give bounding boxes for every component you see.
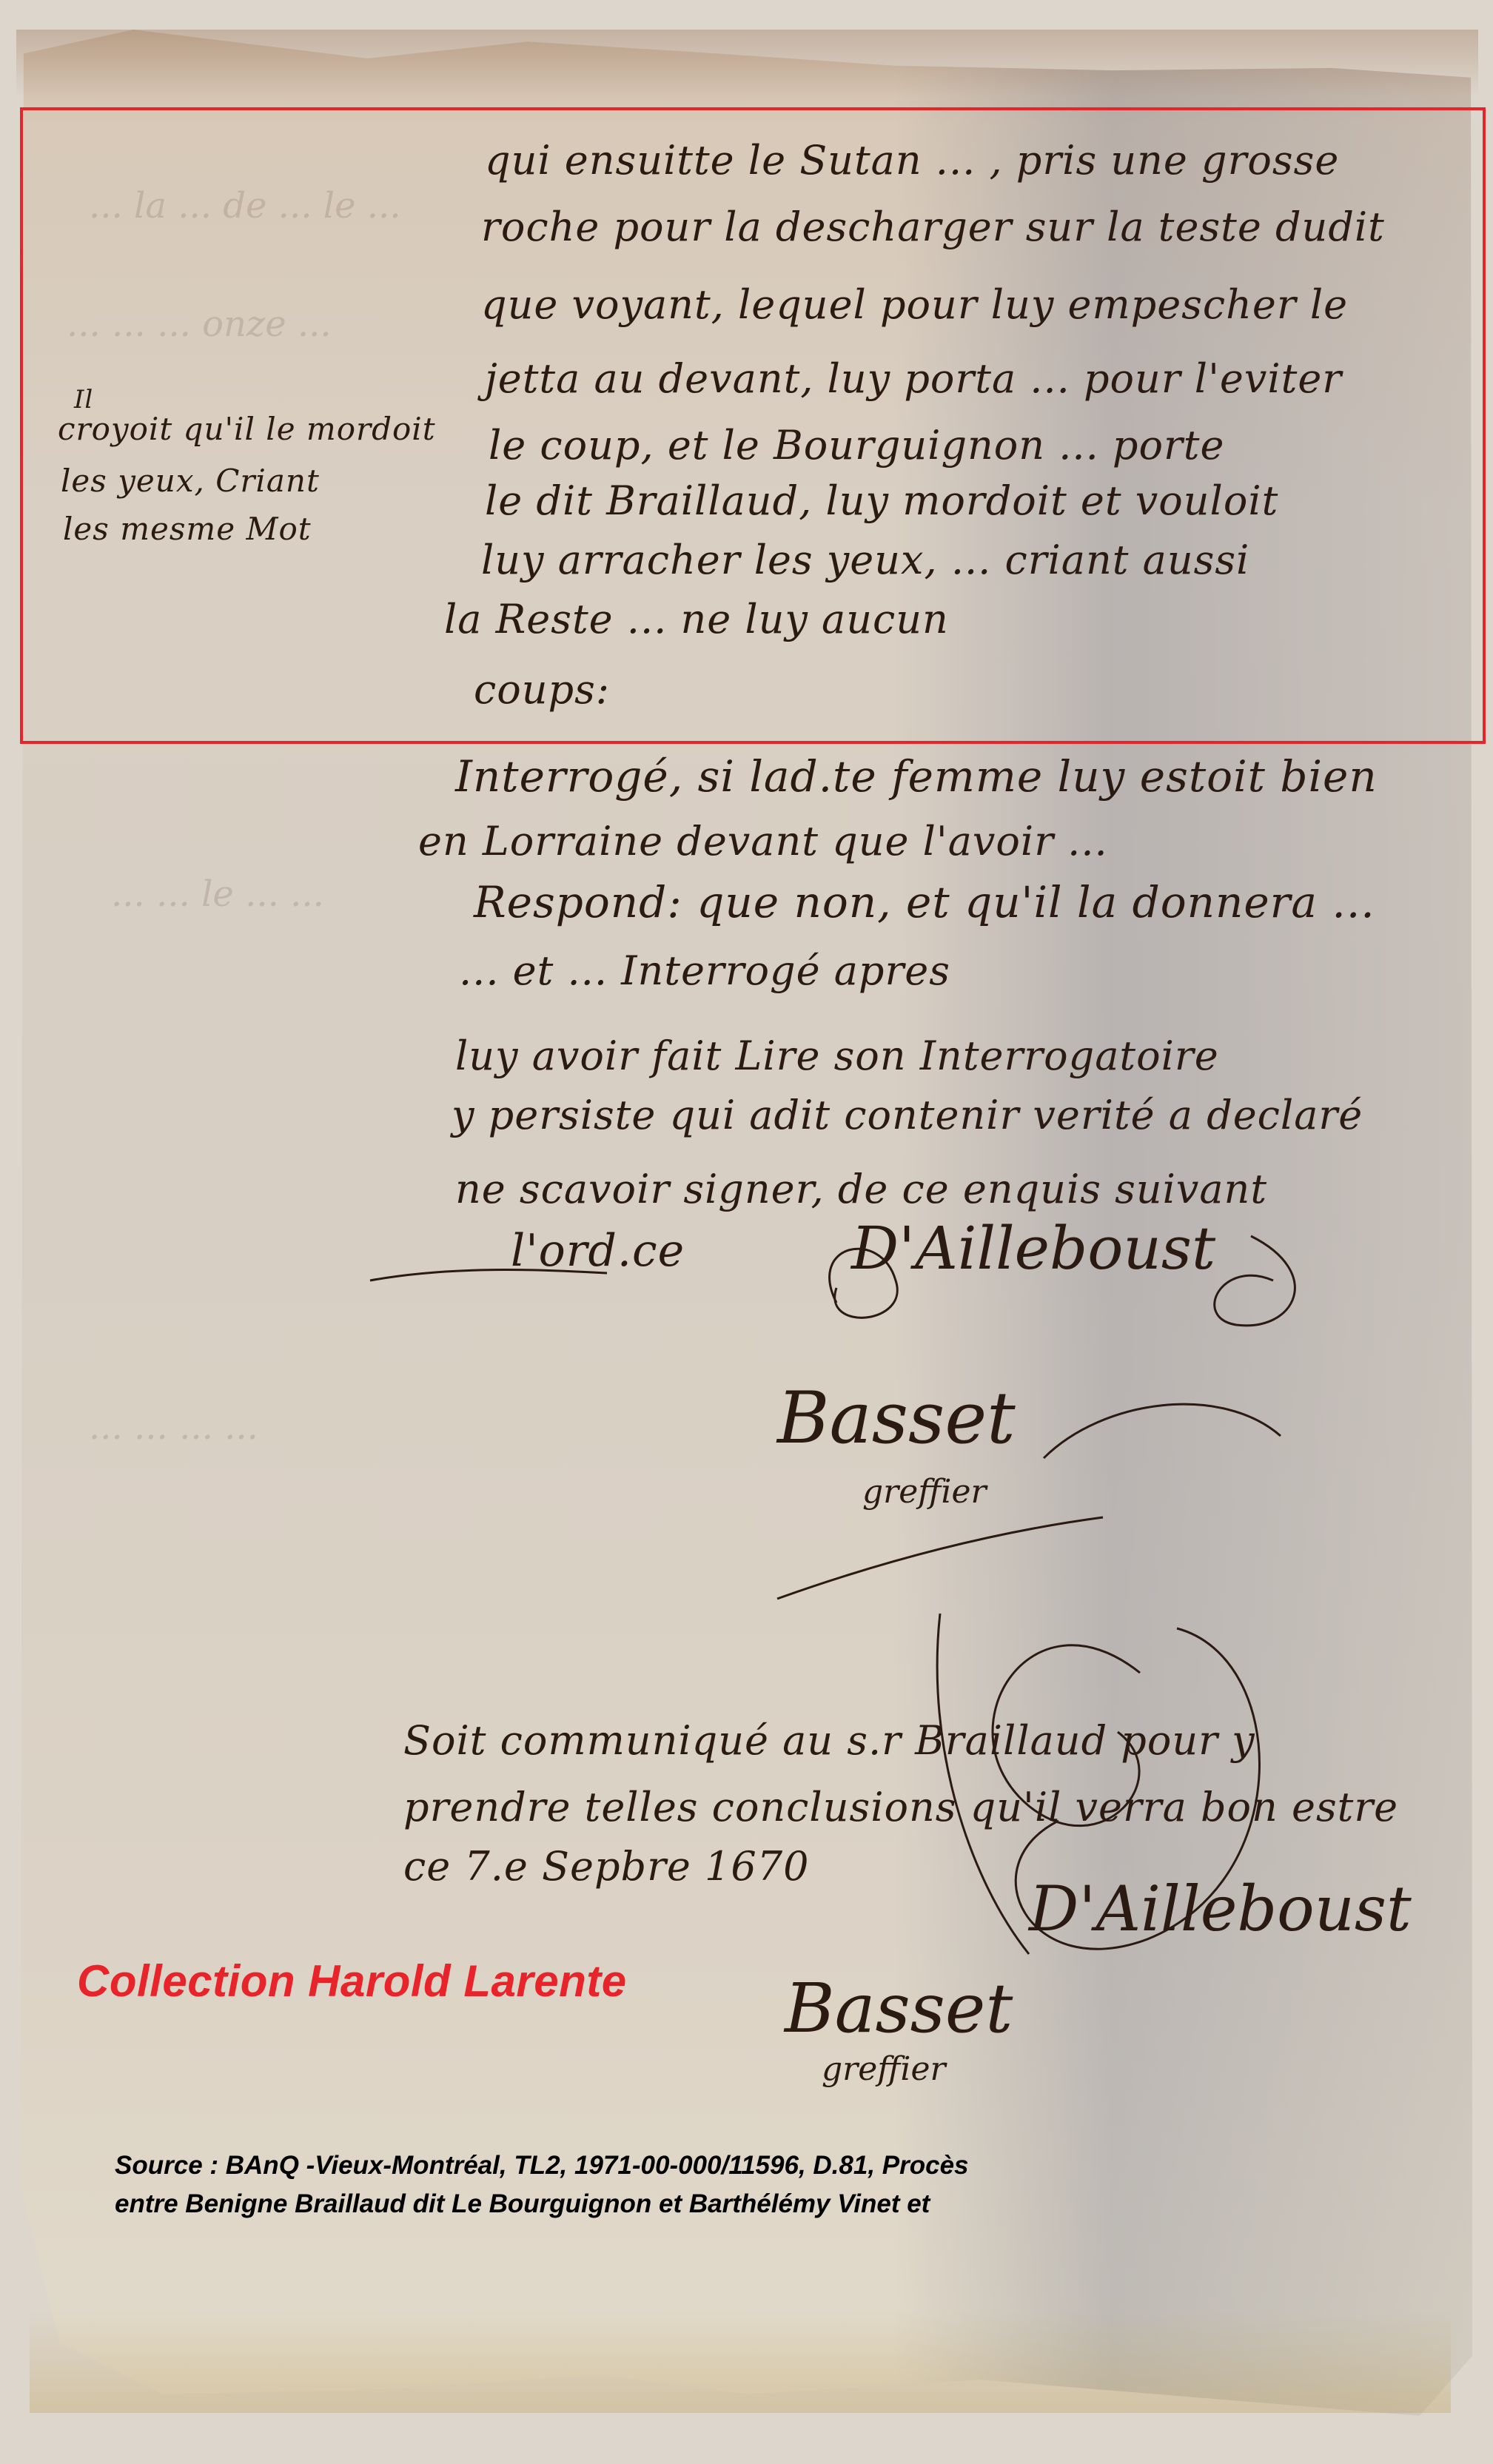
- manuscript-line: le coup, et le Bourguignon ... porte: [489, 422, 1224, 469]
- manuscript-line: y persiste qui adit contenir verité a de…: [452, 1092, 1363, 1138]
- signature-title-greffier: greffier: [862, 1473, 987, 1511]
- manuscript-line: luy avoir fait Lire son Interrogatoire: [455, 1033, 1219, 1079]
- manuscript-line: Interrogé, si lad.te femme luy estoit bi…: [455, 751, 1378, 802]
- manuscript-line: roche pour la descharger sur la teste du…: [481, 204, 1385, 250]
- signature-title-greffier-order: greffier: [822, 2050, 946, 2088]
- manuscript-line: coups:: [474, 666, 610, 713]
- collection-watermark: Collection Harold Larente: [77, 1956, 627, 2007]
- source-line-1: Source : BAnQ -Vieux-Montréal, TL2, 1971…: [115, 2146, 1225, 2185]
- signature-basset-order: Basset: [785, 1969, 1013, 2048]
- margin-line: Il: [74, 385, 93, 414]
- manuscript-line: le dit Braillaud, luy mordoit et vouloit: [485, 477, 1278, 524]
- margin-line: les mesme Mot: [63, 511, 312, 547]
- manuscript-line: que voyant, lequel pour luy empescher le: [481, 281, 1348, 328]
- manuscript-line: jetta au devant, luy porta ... pour l'ev…: [485, 355, 1342, 402]
- manuscript-line: qui ensuitte le Sutan ... , pris une gro…: [485, 137, 1339, 184]
- source-line-2: entre Benigne Braillaud dit Le Bourguign…: [115, 2185, 1225, 2223]
- manuscript-line: ce 7.e Sepbre 1670: [403, 1843, 809, 1890]
- manuscript-line: prendre telles conclusions qu'il verra b…: [403, 1784, 1398, 1830]
- manuscript-line: ... et ... Interrogé apres: [459, 947, 950, 994]
- signature-dailleboust: D'Ailleboust: [851, 1214, 1215, 1283]
- manuscript-line: ne scavoir signer, de ce enquis suivant: [455, 1166, 1267, 1212]
- bottom-edge-stain: [30, 2309, 1451, 2413]
- manuscript-line: Soit communiqué au s.r Braillaud pour y: [403, 1717, 1255, 1764]
- bleed-through-text: ... ... le ... ...: [111, 873, 324, 915]
- bleed-through-text: ... ... ... ...: [89, 1406, 258, 1448]
- manuscript-line: la Reste ... ne luy aucun: [444, 596, 949, 642]
- signature-basset: Basset: [777, 1377, 1016, 1460]
- source-citation: Source : BAnQ -Vieux-Montréal, TL2, 1971…: [115, 2146, 1225, 2223]
- margin-line: croyoit qu'il le mordoit: [58, 411, 436, 447]
- manuscript-line: luy arracher les yeux, ... criant aussi: [481, 537, 1249, 583]
- margin-line: les yeux, Criant: [61, 463, 320, 499]
- signature-dailleboust-order: D'Ailleboust: [1029, 1873, 1412, 1945]
- manuscript-line: en Lorraine devant que l'avoir ...: [418, 818, 1108, 865]
- manuscript-line: Respond: que non, et qu'il la donnera ..…: [474, 877, 1375, 927]
- top-edge-stain: [16, 30, 1478, 96]
